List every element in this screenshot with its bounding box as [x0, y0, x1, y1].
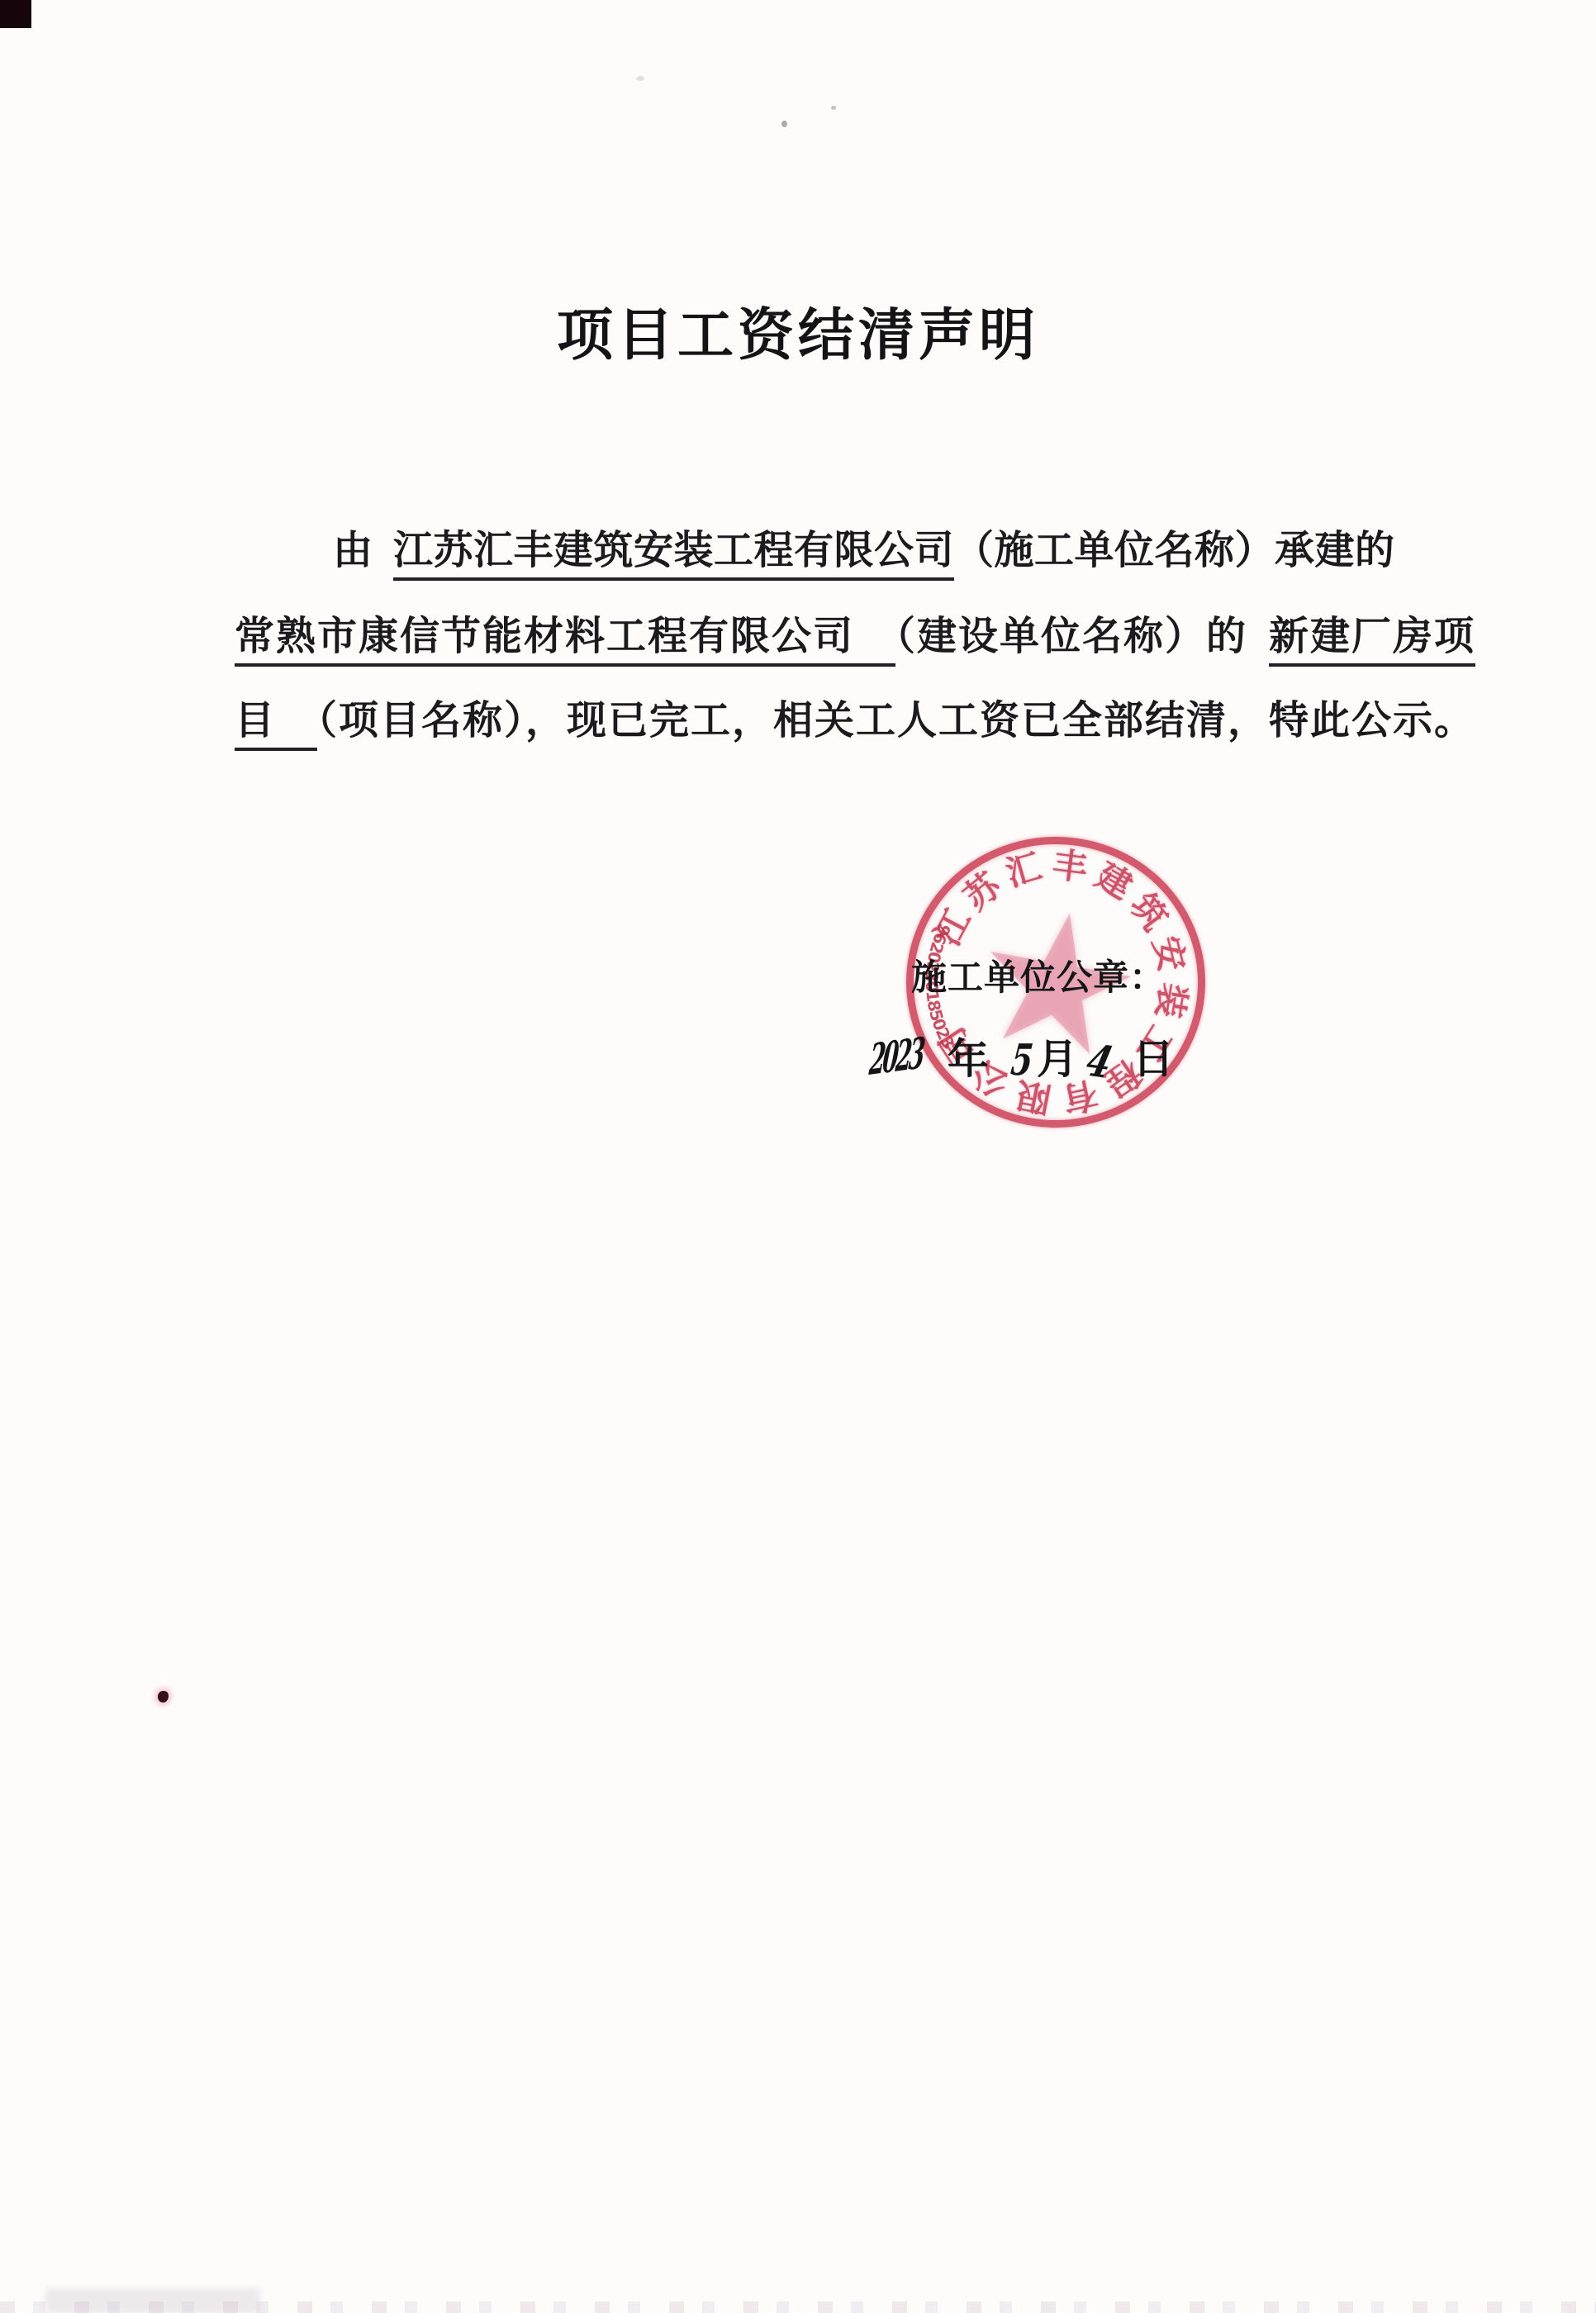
handwritten-day: 4	[1081, 1035, 1118, 1088]
year-unit-label: 年	[948, 1026, 989, 1085]
underlined-text-segment: 新建厂房项	[1269, 613, 1475, 667]
document-title: 项目工资结清声明	[0, 291, 1596, 371]
scan-artifact-speck	[781, 121, 787, 127]
stamp-caption: 施工单位公章：	[911, 950, 1166, 1000]
paragraph-line: 目 （项目名称），现已完工，相关工人工资已全部结清，特此公示。	[235, 697, 1475, 745]
scan-artifact-ink-dot	[158, 1691, 169, 1703]
scan-artifact-speck	[831, 106, 836, 110]
seal-company-char: 江	[924, 900, 977, 953]
paragraph-line: 由 江苏汇丰建筑安装工程有限公司（施工单位名称）承建的	[235, 527, 1395, 575]
text-segment: （项目名称），现已完工，相关工人工资已全部结清，特此公示。	[317, 697, 1475, 743]
underlined-text-segment: 常熟市康信节能材料工程有限公司	[235, 613, 895, 667]
scan-artifact-speck	[636, 76, 644, 81]
month-unit-label: 月	[1037, 1026, 1078, 1085]
handwritten-year: 2023	[867, 1028, 924, 1085]
scanned-document-page: 项目工资结清声明 由 江苏汇丰建筑安装工程有限公司（施工单位名称）承建的 常熟市…	[0, 0, 1596, 2313]
handwritten-month: 5	[1009, 1035, 1035, 1085]
text-segment: （建设单位名称）的	[895, 613, 1247, 659]
scan-artifact-corner-mark	[0, 0, 31, 28]
underlined-text-segment: 目	[235, 697, 317, 751]
seal-serial-digit: 9	[931, 918, 955, 942]
text-segment: 由	[333, 527, 393, 573]
seal-serial-digit: 6	[928, 927, 951, 950]
scan-artifact-bottom-edge	[45, 2288, 260, 2313]
day-unit-label: 日	[1133, 1026, 1174, 1085]
underlined-text-segment: 江苏汇丰建筑安装工程有限公司	[393, 527, 954, 581]
seal-serial-digit: 5	[925, 1005, 948, 1027]
paragraph-line: 常熟市康信节能材料工程有限公司 （建设单位名称）的 新建厂房项	[235, 613, 1475, 661]
text-segment	[1247, 613, 1269, 659]
date-line: 2023 年 5 月 4 日	[867, 1026, 1176, 1085]
text-segment: （施工单位名称）承建的	[954, 527, 1395, 573]
